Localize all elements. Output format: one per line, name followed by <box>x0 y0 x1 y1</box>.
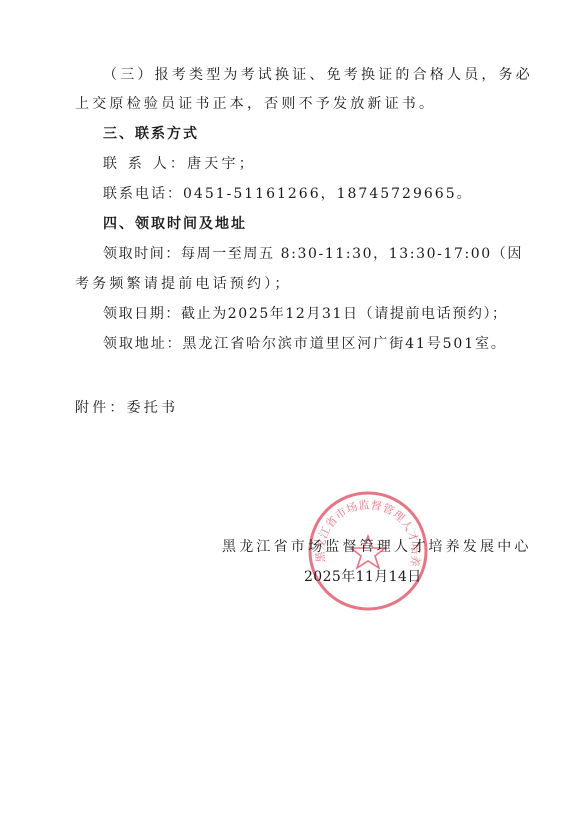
paragraph-requirement-cont: 上交原检验员证书正本，否则不予发放新证书。 <box>75 95 436 113</box>
pickup-time-cont: 考务频繁请提前电话预约）； <box>75 275 292 293</box>
pickup-date: 领取日期：截止为2025年12月31日（请提前电话预约）； <box>103 305 508 323</box>
contact-person: 联 系 人：唐天宇； <box>103 155 256 173</box>
paragraph-requirement: （三）报考类型为考试换证、免考换证的合格人员，务必 <box>103 66 533 84</box>
signature-date: 2025年11月14日 <box>304 568 422 586</box>
attachment-note: 附件：委托书 <box>75 399 178 417</box>
section-heading-contact: 三、联系方式 <box>103 125 199 143</box>
document-page: （三）报考类型为考试换证、免考换证的合格人员，务必 上交原检验员证书正本，否则不… <box>0 0 567 833</box>
pickup-address: 领取地址：黑龙江省哈尔滨市道里区河广街41号501室。 <box>103 335 507 353</box>
contact-phone: 联系电话：0451-51161266，18745729665。 <box>103 185 473 203</box>
pickup-time: 领取时间：每周一至周五 8:30-11:30，13:30-17:00（因 <box>103 245 523 263</box>
signature-organization: 黑龙江省市场监督管理人才培养发展中心 <box>222 538 532 556</box>
svg-text:黑龙江省市场监督管理人才培养发展中心: 黑龙江省市场监督管理人才培养发展中心 <box>307 490 423 568</box>
section-heading-pickup: 四、领取时间及地址 <box>103 215 247 233</box>
